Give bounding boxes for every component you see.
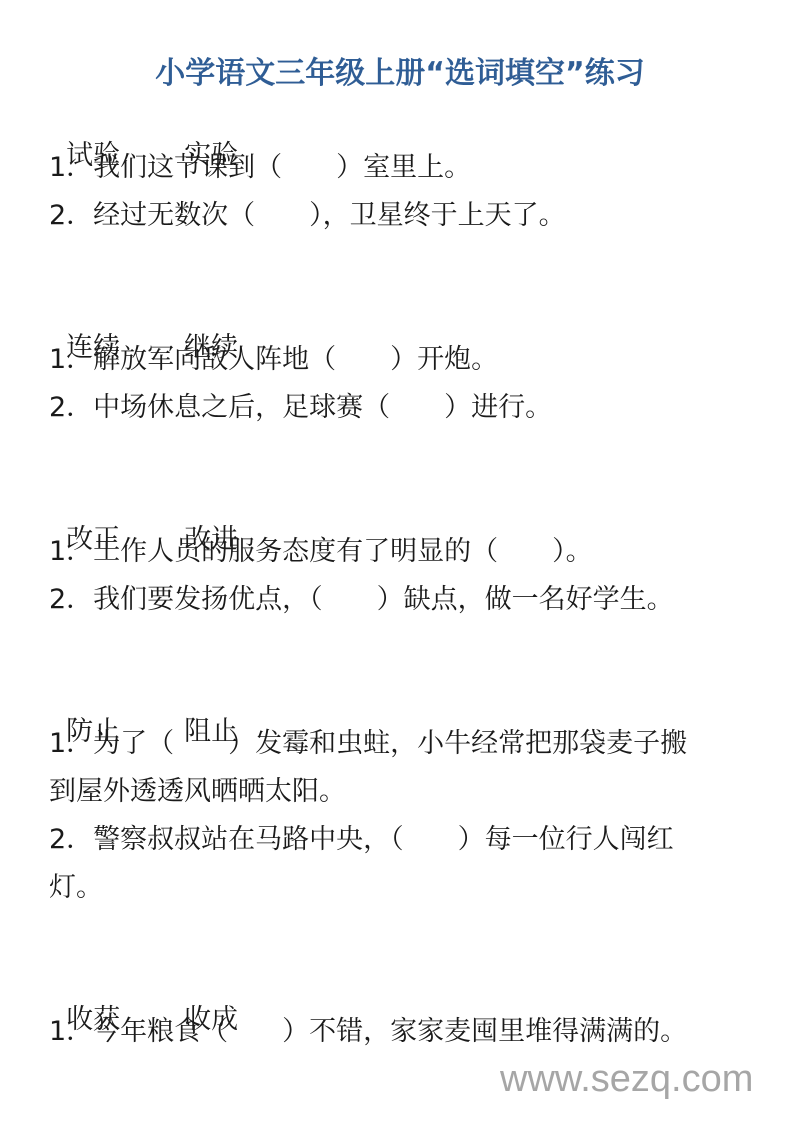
- question-line: 灯。: [49, 870, 103, 906]
- question-line: 2．警察叔叔站在马路中央，（ ）每一位行人闯红: [49, 822, 674, 858]
- page-title: 小学语文三年级上册“选词填空”练习: [0, 48, 800, 92]
- question-line: 1．为了（ ）发霉和虫蛀，小牛经常把那袋麦子搬: [49, 726, 687, 762]
- question-line: 到屋外透透风晒晒太阳。: [49, 774, 346, 810]
- question-line: 1．今年粮食（ ）不错，家家麦囤里堆得满满的。: [49, 1014, 687, 1050]
- question-line: 2．经过无数次（ ），卫星终于上天了。: [49, 198, 566, 234]
- question-line: 1．工作人员的服务态度有了明显的（ ）。: [49, 534, 593, 570]
- question-line: 2．中场休息之后，足球赛（ ）进行。: [49, 390, 552, 426]
- question-line: 2．我们要发扬优点，（ ）缺点，做一名好学生。: [49, 582, 674, 618]
- question-line: 1．我们这节课到（ ）室里上。: [49, 150, 471, 186]
- watermark: www.sezq.com: [500, 1058, 753, 1101]
- question-line: 1．解放军向敌人阵地（ ）开炮。: [49, 342, 498, 378]
